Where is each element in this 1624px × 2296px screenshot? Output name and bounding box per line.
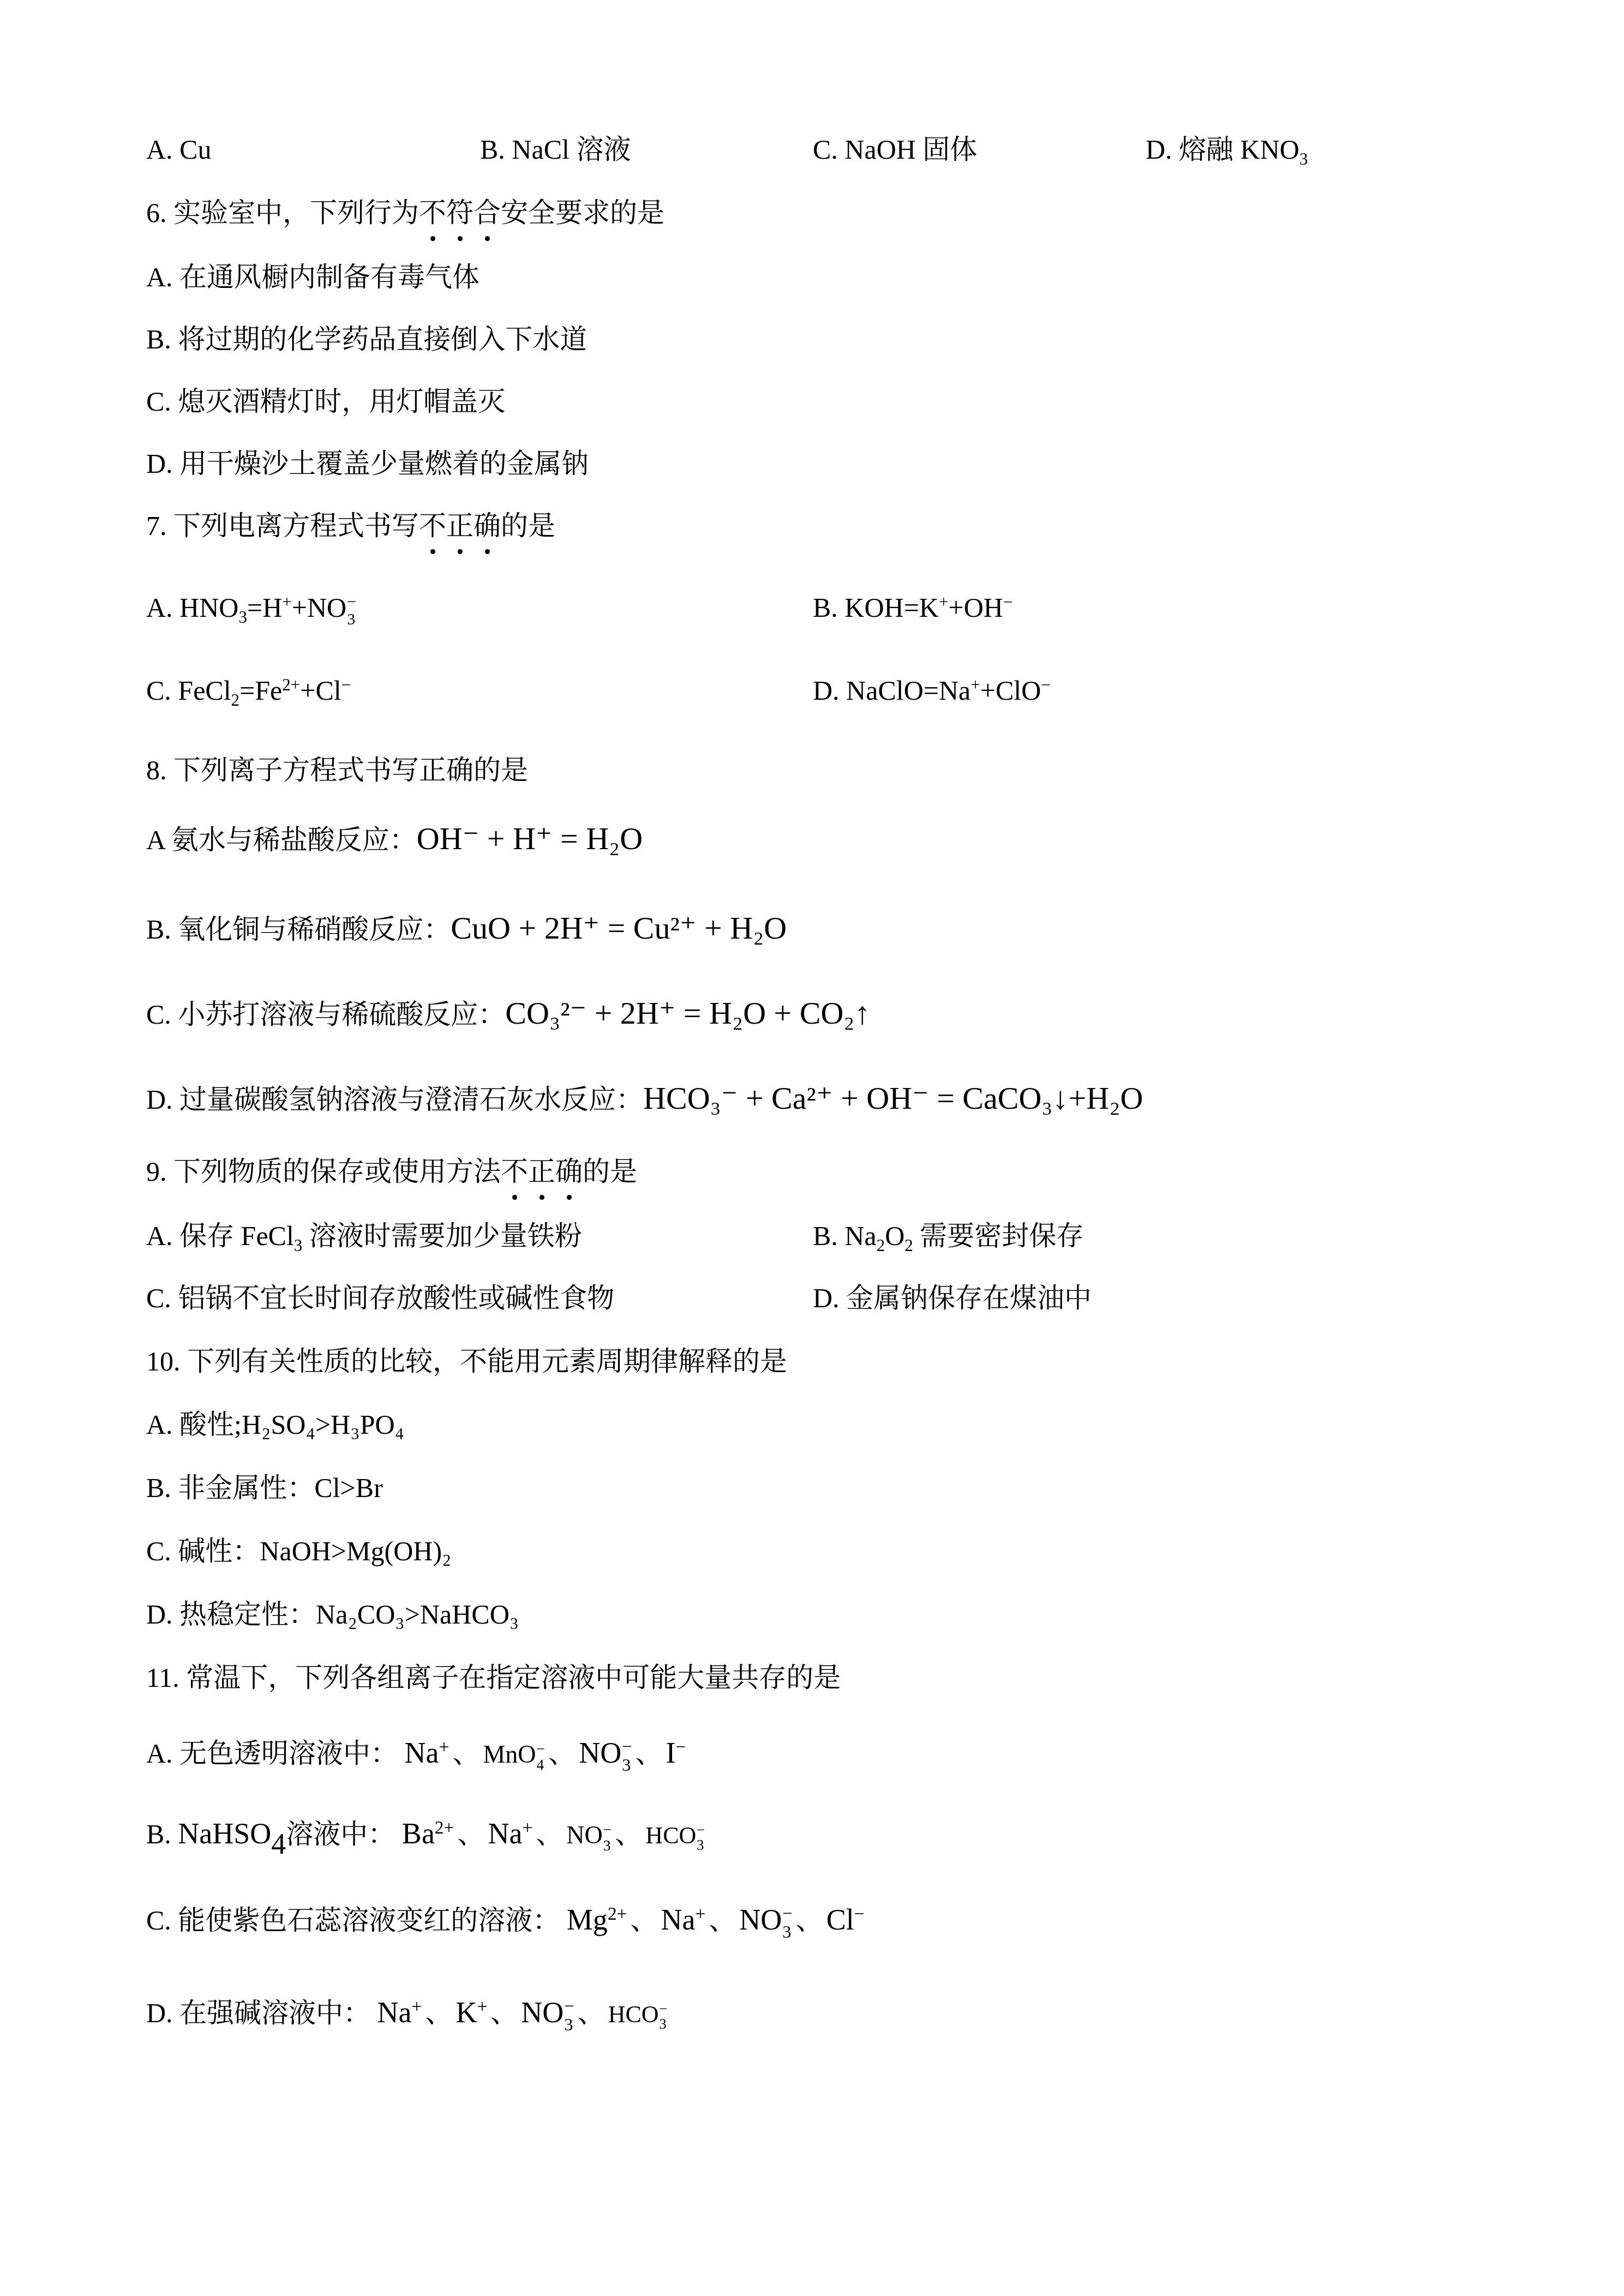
emphasis-char: 不 <box>501 1155 528 1188</box>
option-label: D. <box>146 1084 173 1115</box>
ion-no3: NO−3 <box>739 1903 792 1936</box>
separator: 、 <box>635 1738 662 1769</box>
ion-i: I− <box>666 1736 686 1769</box>
q10-option-d: D. 热稳定性：Na₂CO₃>NaHCO₃ <box>146 1598 519 1631</box>
q7-stem-post: 的是 <box>501 510 555 541</box>
option-text: C. 能使紫色石蕊溶液变红的溶液： <box>146 1905 560 1936</box>
q10-option-a: A. 酸性;H₂SO₄>H₃PO₄ <box>146 1408 404 1441</box>
ion-no3: NO−3 <box>566 1821 612 1849</box>
subscript: 3 <box>1299 149 1308 169</box>
q6-stem: 6. 实验室中，下列行为不符合安全要求的是 <box>146 196 664 229</box>
q7-option-b: B. KOH=K++OH− <box>813 591 1012 624</box>
q7-option-a: A. HNO3=H++NO−3 <box>146 591 356 628</box>
formula-text: C. FeCl <box>146 675 231 706</box>
formula-text: +OH <box>948 592 1003 623</box>
separator: 、 <box>425 1998 452 2028</box>
q5-option-c: C. NaOH 固体 <box>813 133 977 166</box>
q8-option-b: B. 氧化铜与稀硝酸反应：CuO + 2H⁺ = Cu²⁺ + H₂O <box>146 912 787 946</box>
formula-text: A. HNO <box>146 592 238 623</box>
option-text: 溶液中： <box>286 1819 395 1849</box>
option-label: A <box>146 825 164 855</box>
ion-no3: NO−3 <box>579 1736 632 1769</box>
superscript: − <box>1041 675 1050 694</box>
q9-stem-pre: 9. 下列物质的保存或使用方法 <box>146 1156 501 1187</box>
q9-option-c: C. 铝锅不宜长时间存放酸性或碱性食物 <box>146 1282 614 1314</box>
equation: CuO + 2H⁺ = Cu²⁺ + H₂O <box>451 910 787 946</box>
ion-na: Na+ <box>377 1996 422 2029</box>
q8-stem: 8. 下列离子方程式书写正确的是 <box>146 754 528 786</box>
option-text: O <box>885 1221 904 1251</box>
ion-cl: Cl− <box>826 1903 865 1936</box>
ion-charge-stack: −3 <box>347 593 356 628</box>
q6-option-b: B. 将过期的化学药品直接倒入下水道 <box>146 323 587 356</box>
option-text: A. 无色透明溶液中： <box>146 1738 398 1769</box>
separator: 、 <box>615 1819 642 1849</box>
emphasis-char: 合 <box>474 196 501 229</box>
q6-option-d: D. 用干燥沙土覆盖少量燃着的金属钠 <box>146 447 589 480</box>
superscript: + <box>970 675 980 694</box>
q11-stem: 11. 常温下，下列各组离子在指定溶液中可能大量共存的是 <box>146 1661 841 1694</box>
ion-mg: Mg2+ <box>567 1903 627 1936</box>
emphasis-char: 不 <box>419 196 446 229</box>
salt-formula: NaHSO <box>178 1817 271 1850</box>
q9-option-a: A. 保存 FeCl3 溶液时需要加少量铁粉 <box>146 1219 582 1252</box>
formula-text: D. NaClO=Na <box>813 675 970 706</box>
q9-option-b: B. Na2O2 需要密封保存 <box>813 1219 1083 1252</box>
ion-na: Na+ <box>405 1736 450 1769</box>
q7-option-c: C. FeCl2=Fe2++Cl− <box>146 674 351 707</box>
q6-stem-post: 安全要求的是 <box>501 197 664 228</box>
q5-option-d-text: D. 熔融 KNO <box>1146 134 1299 165</box>
q6-option-a: A. 在通风橱内制备有毒气体 <box>146 261 480 293</box>
separator: 、 <box>536 1819 563 1849</box>
subscript: 2 <box>877 1236 885 1255</box>
option-text: 小苏打溶液与稀硫酸反应： <box>171 999 506 1030</box>
formula-text: =H <box>247 592 282 623</box>
ion-mno4: MnO−4 <box>483 1740 545 1768</box>
emphasis-char: 不 <box>419 509 446 542</box>
formula-text: +NO <box>292 592 346 623</box>
option-text: A. 保存 FeCl <box>146 1221 294 1251</box>
separator: 、 <box>548 1738 576 1769</box>
subscript: 3 <box>347 611 356 628</box>
q11-option-d: D. 在强碱溶液中： Na+、K+、NO−3、HCO−3 <box>146 1996 667 2034</box>
superscript: 2+ <box>282 675 300 694</box>
subscript: 3 <box>294 1236 303 1255</box>
option-text: B. Na <box>813 1221 877 1251</box>
separator: 、 <box>631 1905 658 1936</box>
formula-text: +Cl <box>300 675 341 706</box>
ion-na: Na+ <box>661 1903 706 1936</box>
option-text: 需要密封保存 <box>913 1221 1084 1251</box>
option-text: D. 在强碱溶液中： <box>146 1998 370 2028</box>
q6-stem-pre: 6. 实验室中，下列行为 <box>146 197 419 228</box>
ion-k: K+ <box>456 1996 487 2029</box>
equation: CO₃²⁻ + 2H⁺ = H₂O + CO₂↑ <box>505 995 870 1031</box>
q8-option-d: D. 过量碳酸氢钠溶液与澄清石灰水反应：HCO₃⁻ + Ca²⁺ + OH⁻ =… <box>146 1082 1143 1116</box>
q7-stem: 7. 下列电离方程式书写不正确的是 <box>146 509 555 542</box>
q11-option-a: A. 无色透明溶液中： Na+、MnO−4、NO−3、I− <box>146 1736 686 1775</box>
emphasis-char: 正 <box>446 509 474 542</box>
emphasis-char: 确 <box>474 509 501 542</box>
superscript: − <box>1003 592 1012 611</box>
option-text: 氨水与稀盐酸反应： <box>164 825 417 855</box>
superscript: − <box>347 593 356 611</box>
emphasis-char: 确 <box>555 1155 583 1188</box>
q5-option-d: D. 熔融 KNO3 <box>1146 133 1308 166</box>
emphasis-char: 正 <box>528 1155 555 1188</box>
q6-option-c: C. 熄灭酒精灯时，用灯帽盖灭 <box>146 385 505 418</box>
q11-option-c: C. 能使紫色石蕊溶液变红的溶液： Mg2+、Na+、NO−3、Cl− <box>146 1903 865 1942</box>
superscript: − <box>341 675 351 694</box>
q7-stem-pre: 7. 下列电离方程式书写 <box>146 510 419 541</box>
separator: 、 <box>578 1998 605 2028</box>
q9-stem-post: 的是 <box>583 1156 637 1187</box>
q9-option-d: D. 金属钠保存在煤油中 <box>813 1282 1092 1314</box>
q10-option-b: B. 非金属性：Cl>Br <box>146 1471 383 1504</box>
q10-option-c: C. 碱性：NaOH>Mg(OH)₂ <box>146 1535 451 1567</box>
q9-stem: 9. 下列物质的保存或使用方法不正确的是 <box>146 1155 637 1188</box>
q7-option-d: D. NaClO=Na++ClO− <box>813 674 1051 707</box>
q10-stem: 10. 下列有关性质的比较，不能用元素周期律解释的是 <box>146 1345 787 1378</box>
ion-no3: NO−3 <box>521 1996 574 2029</box>
emphasis-char: 符 <box>446 196 474 229</box>
subscript: 3 <box>238 608 247 627</box>
superscript: + <box>282 592 291 611</box>
subscript: 2 <box>231 690 240 710</box>
option-text: 过量碳酸氢钠溶液与澄清石灰水反应： <box>173 1084 644 1115</box>
formula-text: +ClO <box>980 675 1041 706</box>
equation: OH⁻ + H⁺ = H₂O <box>417 821 643 856</box>
option-text: 氧化铜与稀硝酸反应： <box>171 914 451 945</box>
option-label: B. <box>146 914 171 945</box>
q8-option-a: A 氨水与稀盐酸反应：OH⁻ + H⁺ = H₂O <box>146 822 643 856</box>
formula-text: B. KOH=K <box>813 592 939 623</box>
subscript: 4 <box>271 1828 286 1860</box>
option-text: 溶液时需要加少量铁粉 <box>302 1221 582 1251</box>
option-label: C. <box>146 999 171 1030</box>
separator: 、 <box>796 1905 823 1936</box>
separator: 、 <box>457 1819 484 1849</box>
q5-option-a: A. Cu <box>146 133 211 166</box>
subscript: 2 <box>904 1236 913 1255</box>
ion-ba: Ba2+ <box>402 1817 454 1850</box>
q5-option-b: B. NaCl 溶液 <box>480 133 631 166</box>
ion-na: Na+ <box>488 1817 532 1850</box>
separator: 、 <box>709 1905 736 1936</box>
equation: HCO₃⁻ + Ca²⁺ + OH⁻ = CaCO₃↓+H₂O <box>643 1080 1143 1116</box>
q8-option-c: C. 小苏打溶液与稀硫酸反应：CO₃²⁻ + 2H⁺ = H₂O + CO₂↑ <box>146 997 871 1031</box>
separator: 、 <box>490 1998 518 2028</box>
superscript: + <box>939 592 948 611</box>
ion-hco3: HCO−3 <box>608 2001 668 2028</box>
option-label: B. <box>146 1819 178 1849</box>
q11-option-b: B. NaHSO4溶液中： Ba2+、Na+、NO−3、HCO−3 <box>146 1817 705 1853</box>
ion-hco3: HCO−3 <box>645 1822 705 1849</box>
formula-text: =Fe <box>239 675 282 706</box>
separator: 、 <box>452 1738 480 1769</box>
